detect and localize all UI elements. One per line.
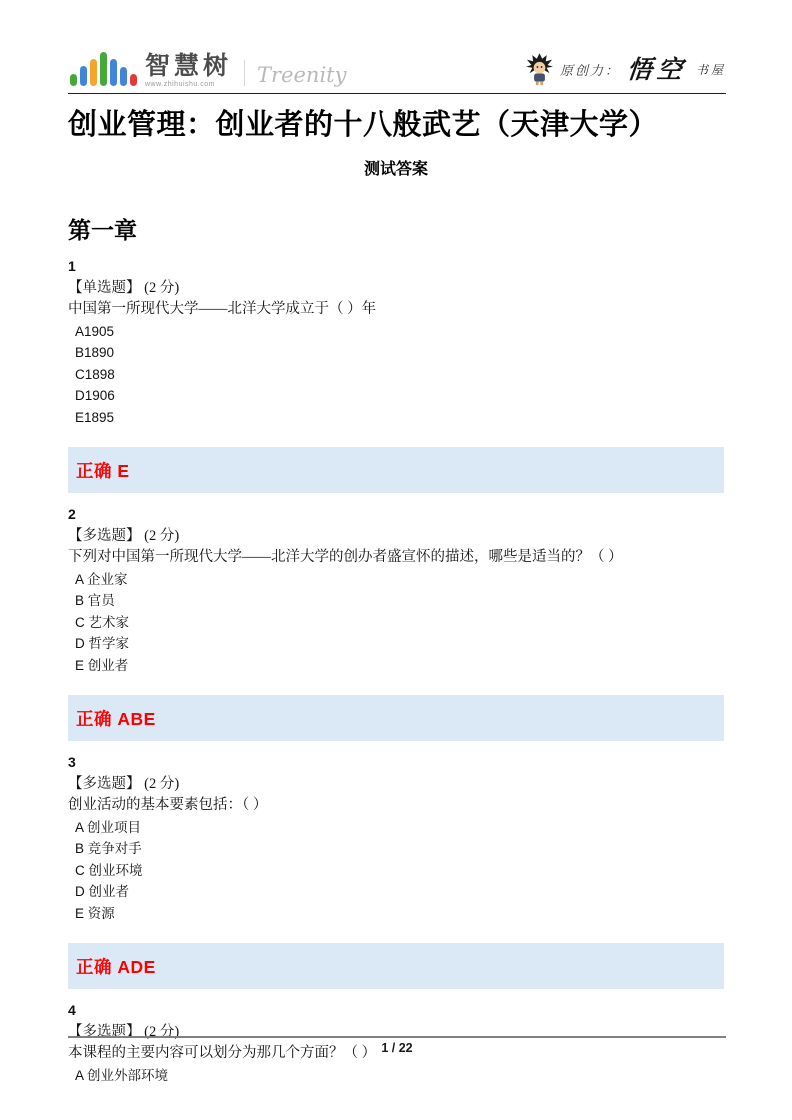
answer-text: 正确 ADE — [76, 954, 156, 979]
zhihuishu-url: www.zhihuishu.com — [145, 81, 232, 88]
logo-vertical-divider — [244, 60, 245, 86]
question-stem: 下列对中国第一所现代大学——北洋大学的创办者盛宣怀的描述，哪些是适当的？（ ） — [68, 547, 724, 569]
option-c: C 艺术家 — [68, 612, 724, 634]
question-number: 1 — [68, 256, 724, 278]
question-number: 2 — [68, 504, 724, 526]
option-b: B 竞争对手 — [68, 838, 724, 860]
publisher-prefix: 原创力： — [560, 60, 620, 79]
answer-highlight: 正确 ADE — [68, 943, 724, 989]
questions-list: 1 【单选题】 (2 分) 中国第一所现代大学——北洋大学成立于（ ）年 A19… — [68, 256, 724, 1086]
question-block-1: 1 【单选题】 (2 分) 中国第一所现代大学——北洋大学成立于（ ）年 A19… — [68, 256, 724, 493]
option-a: A 创业项目 — [68, 817, 724, 839]
option-d: D1906 — [68, 385, 724, 407]
publisher-shop-name: 悟空 — [626, 57, 689, 82]
zhihuishu-logo: 智慧树 www.zhihuishu.com Treenity — [70, 50, 346, 88]
question-stem: 中国第一所现代大学——北洋大学成立于（ ）年 — [68, 299, 724, 321]
option-e: E 资源 — [68, 903, 724, 925]
logo-bar — [130, 74, 137, 86]
page-footer: 1 / 22 — [68, 1036, 726, 1055]
question-type: 【多选题】 (2 分) — [68, 526, 724, 548]
question-type: 【单选题】 (2 分) — [68, 278, 724, 300]
option-a: A 企业家 — [68, 569, 724, 591]
page-title: 创业管理：创业者的十八般武艺（天津大学） — [68, 107, 724, 143]
question-block-2: 2 【多选题】 (2 分) 下列对中国第一所现代大学——北洋大学的创办者盛宣怀的… — [68, 504, 724, 741]
page-subtitle: 测试答案 — [0, 156, 792, 179]
option-d: D 哲学家 — [68, 633, 724, 655]
option-c: C 创业环境 — [68, 860, 724, 882]
publisher-logo: 原创力： 悟空 书屋 — [526, 53, 726, 88]
question-type: 【多选题】 (2 分) — [68, 774, 724, 796]
document-page: 智慧树 www.zhihuishu.com Treenity 原创力： 悟空 书… — [0, 0, 792, 1120]
option-c: C1898 — [68, 364, 724, 386]
answer-highlight: 正确 ABE — [68, 695, 724, 741]
question-block-3: 3 【多选题】 (2 分) 创业活动的基本要素包括：（ ） A 创业项目 B 竞… — [68, 752, 724, 989]
page-header: 智慧树 www.zhihuishu.com Treenity 原创力： 悟空 书… — [0, 0, 792, 88]
logo-bar — [80, 66, 87, 86]
option-a: A 创业外部环境 — [68, 1065, 724, 1087]
option-d: D 创业者 — [68, 881, 724, 903]
logo-bar — [70, 74, 77, 86]
header-divider — [68, 93, 726, 94]
answer-highlight: 正确 E — [68, 447, 724, 493]
question-number: 3 — [68, 752, 724, 774]
zhihuishu-bars-icon — [70, 50, 137, 88]
treenity-wordmark: Treenity — [257, 65, 346, 86]
option-b: B 官员 — [68, 590, 724, 612]
option-e: E1895 — [68, 407, 724, 429]
logo-bar — [90, 59, 97, 86]
question-number: 4 — [68, 1000, 724, 1022]
answer-text: 正确 ABE — [76, 706, 156, 731]
zhihuishu-brand-cn: 智慧树 — [145, 54, 232, 79]
zhihuishu-wordmark: 智慧树 www.zhihuishu.com — [145, 54, 232, 88]
logo-bar — [120, 67, 127, 86]
goku-mascot-icon — [526, 53, 553, 86]
option-a: A1905 — [68, 321, 724, 343]
page-number: 1 / 22 — [68, 1041, 726, 1055]
answer-text: 正确 E — [76, 458, 130, 483]
footer-divider — [68, 1036, 726, 1038]
publisher-shop-suffix: 书屋 — [696, 61, 726, 78]
option-b: B1890 — [68, 342, 724, 364]
option-e: E 创业者 — [68, 655, 724, 677]
logo-bar — [110, 59, 117, 86]
logo-bar — [100, 52, 107, 86]
question-stem: 创业活动的基本要素包括：（ ） — [68, 795, 724, 817]
chapter-heading: 第一章 — [68, 212, 724, 245]
